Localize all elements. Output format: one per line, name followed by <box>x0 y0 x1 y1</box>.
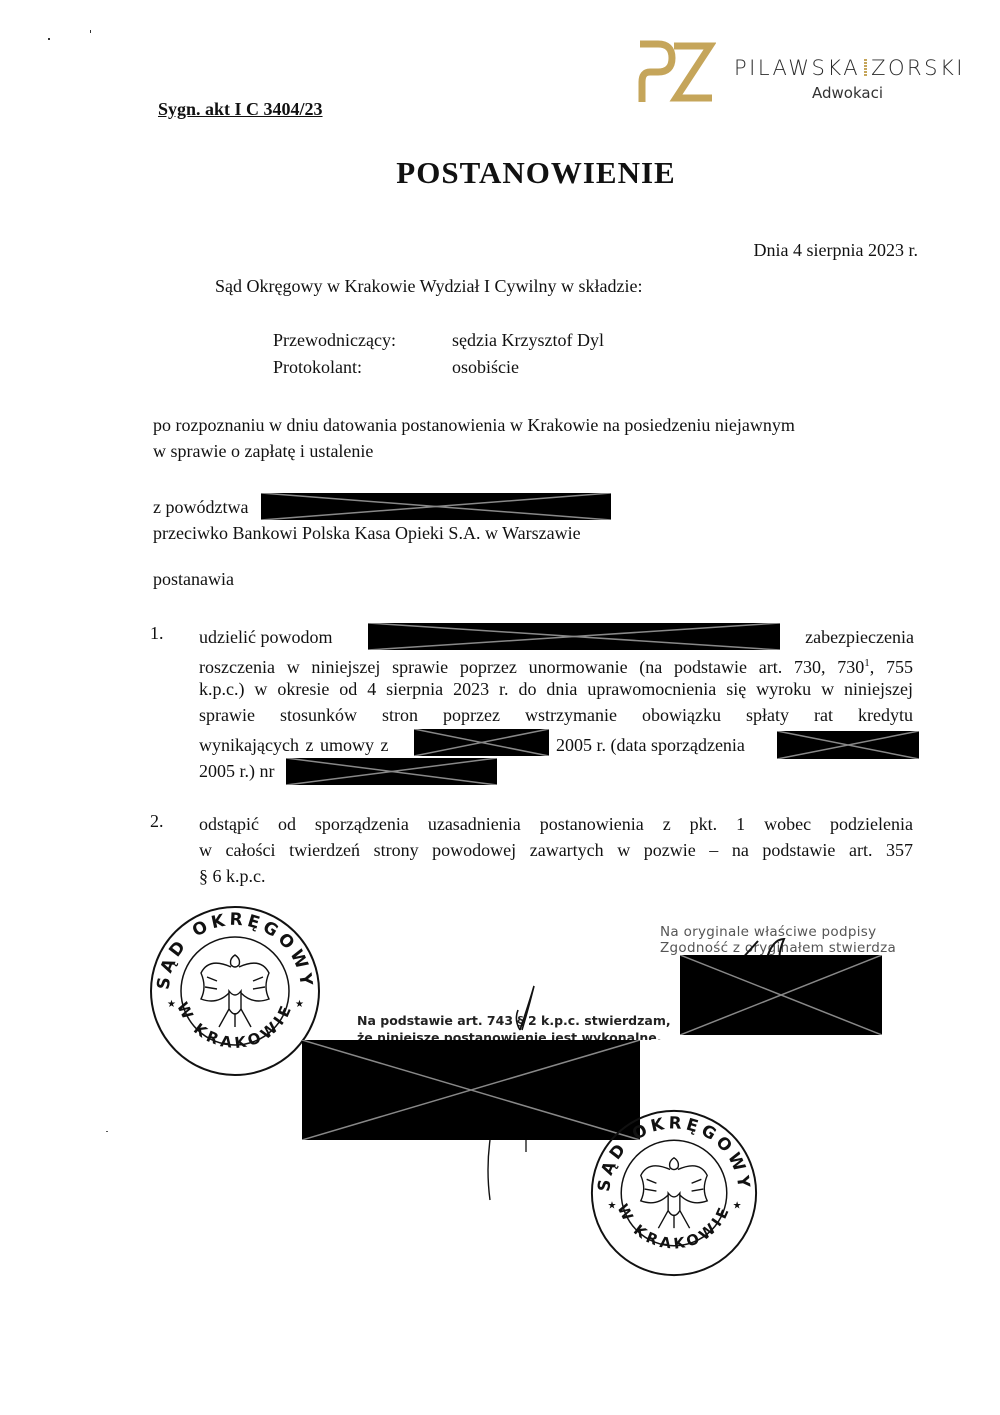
item-1-line-2: roszczenia w niniejszej sprawie poprzez … <box>199 650 913 676</box>
item-2-line-3: § 6 k.p.c. <box>199 863 913 889</box>
redaction-box <box>286 758 497 785</box>
pz-monogram-icon <box>636 40 716 104</box>
scan-speck <box>90 30 91 33</box>
svg-text:★: ★ <box>733 1201 742 1212</box>
item-2-body: odstąpić od sporządzenia uzasadnienia po… <box>199 811 913 889</box>
panel-value-clerk: osobiście <box>452 357 519 378</box>
svg-text:★: ★ <box>167 999 176 1010</box>
court-seal-icon: SĄD OKRĘGOWY W KRAKOWIE ★ ★ <box>588 1107 760 1279</box>
document-title: POSTANOWIENIE <box>0 155 1000 191</box>
document-date: Dnia 4 sierpnia 2023 r. <box>754 240 918 261</box>
item-1-line-5-start: wynikających z umowy z <box>199 732 388 758</box>
item-1-line-6-start: 2005 r.) nr <box>199 758 275 784</box>
panel-label-clerk: Protokolant: <box>273 357 362 378</box>
item-1-line-5-mid: 2005 r. (data sporządzenia <box>556 732 745 758</box>
item-1-line-3: k.p.c.) w okresie od 4 sierpnia 2023 r. … <box>199 676 913 702</box>
item-1-body: roszczenia w niniejszej sprawie poprzez … <box>199 650 913 728</box>
svg-text:★: ★ <box>295 999 304 1010</box>
redaction-box <box>777 731 919 759</box>
intro-line-2: w sprawie o zapłatę i ustalenie <box>153 438 373 464</box>
item-1-number: 1. <box>150 623 164 644</box>
item-1-line-1-end: zabezpieczenia <box>805 624 914 650</box>
svg-text:SĄD OKRĘGOWY: SĄD OKRĘGOWY <box>594 1113 754 1192</box>
court-line: Sąd Okręgowy w Krakowie Wydział I Cywiln… <box>215 276 643 297</box>
redaction-box <box>261 493 611 520</box>
firm-name: PILAWSKAZORSKI <box>734 56 965 80</box>
svg-text:★: ★ <box>608 1201 617 1212</box>
firm-subtitle: Adwokaci <box>812 84 883 102</box>
panel-label-chair: Przewodniczący: <box>273 330 396 351</box>
item-2-number: 2. <box>150 811 164 832</box>
court-seal-icon: SĄD OKRĘGOWY W KRAKOWIE ★ ★ <box>147 903 323 1079</box>
scan-speck <box>106 1131 108 1132</box>
item-2-line-1: odstąpić od sporządzenia uzasadnienia po… <box>199 811 913 837</box>
logo-separator <box>864 59 867 77</box>
item-1-line-4: sprawie stosunków stron poprzez wstrzyma… <box>199 702 913 728</box>
intro-line-1: po rozpoznaniu w dniu datowania postanow… <box>153 412 795 438</box>
decides-word: postanawia <box>153 566 234 592</box>
firm-logo: PILAWSKAZORSKI Adwokaci <box>636 40 976 106</box>
scan-speck <box>48 38 50 40</box>
redaction-box <box>680 955 882 1035</box>
item-2-line-2: w całości twierdzeń strony powodowej zaw… <box>199 837 913 863</box>
svg-text:SĄD OKRĘGOWY: SĄD OKRĘGOWY <box>154 910 317 991</box>
redaction-box <box>368 623 780 650</box>
plaintiff-prefix: z powództwa <box>153 494 248 520</box>
item-1-line-1-start: udzielić powodom <box>199 624 332 650</box>
panel-value-chair: sędzia Krzysztof Dyl <box>452 330 604 351</box>
case-signature: Sygn. akt I C 3404/23 <box>158 99 323 120</box>
redaction-box <box>414 729 549 756</box>
defendant-line: przeciwko Bankowi Polska Kasa Opieki S.A… <box>153 520 581 546</box>
